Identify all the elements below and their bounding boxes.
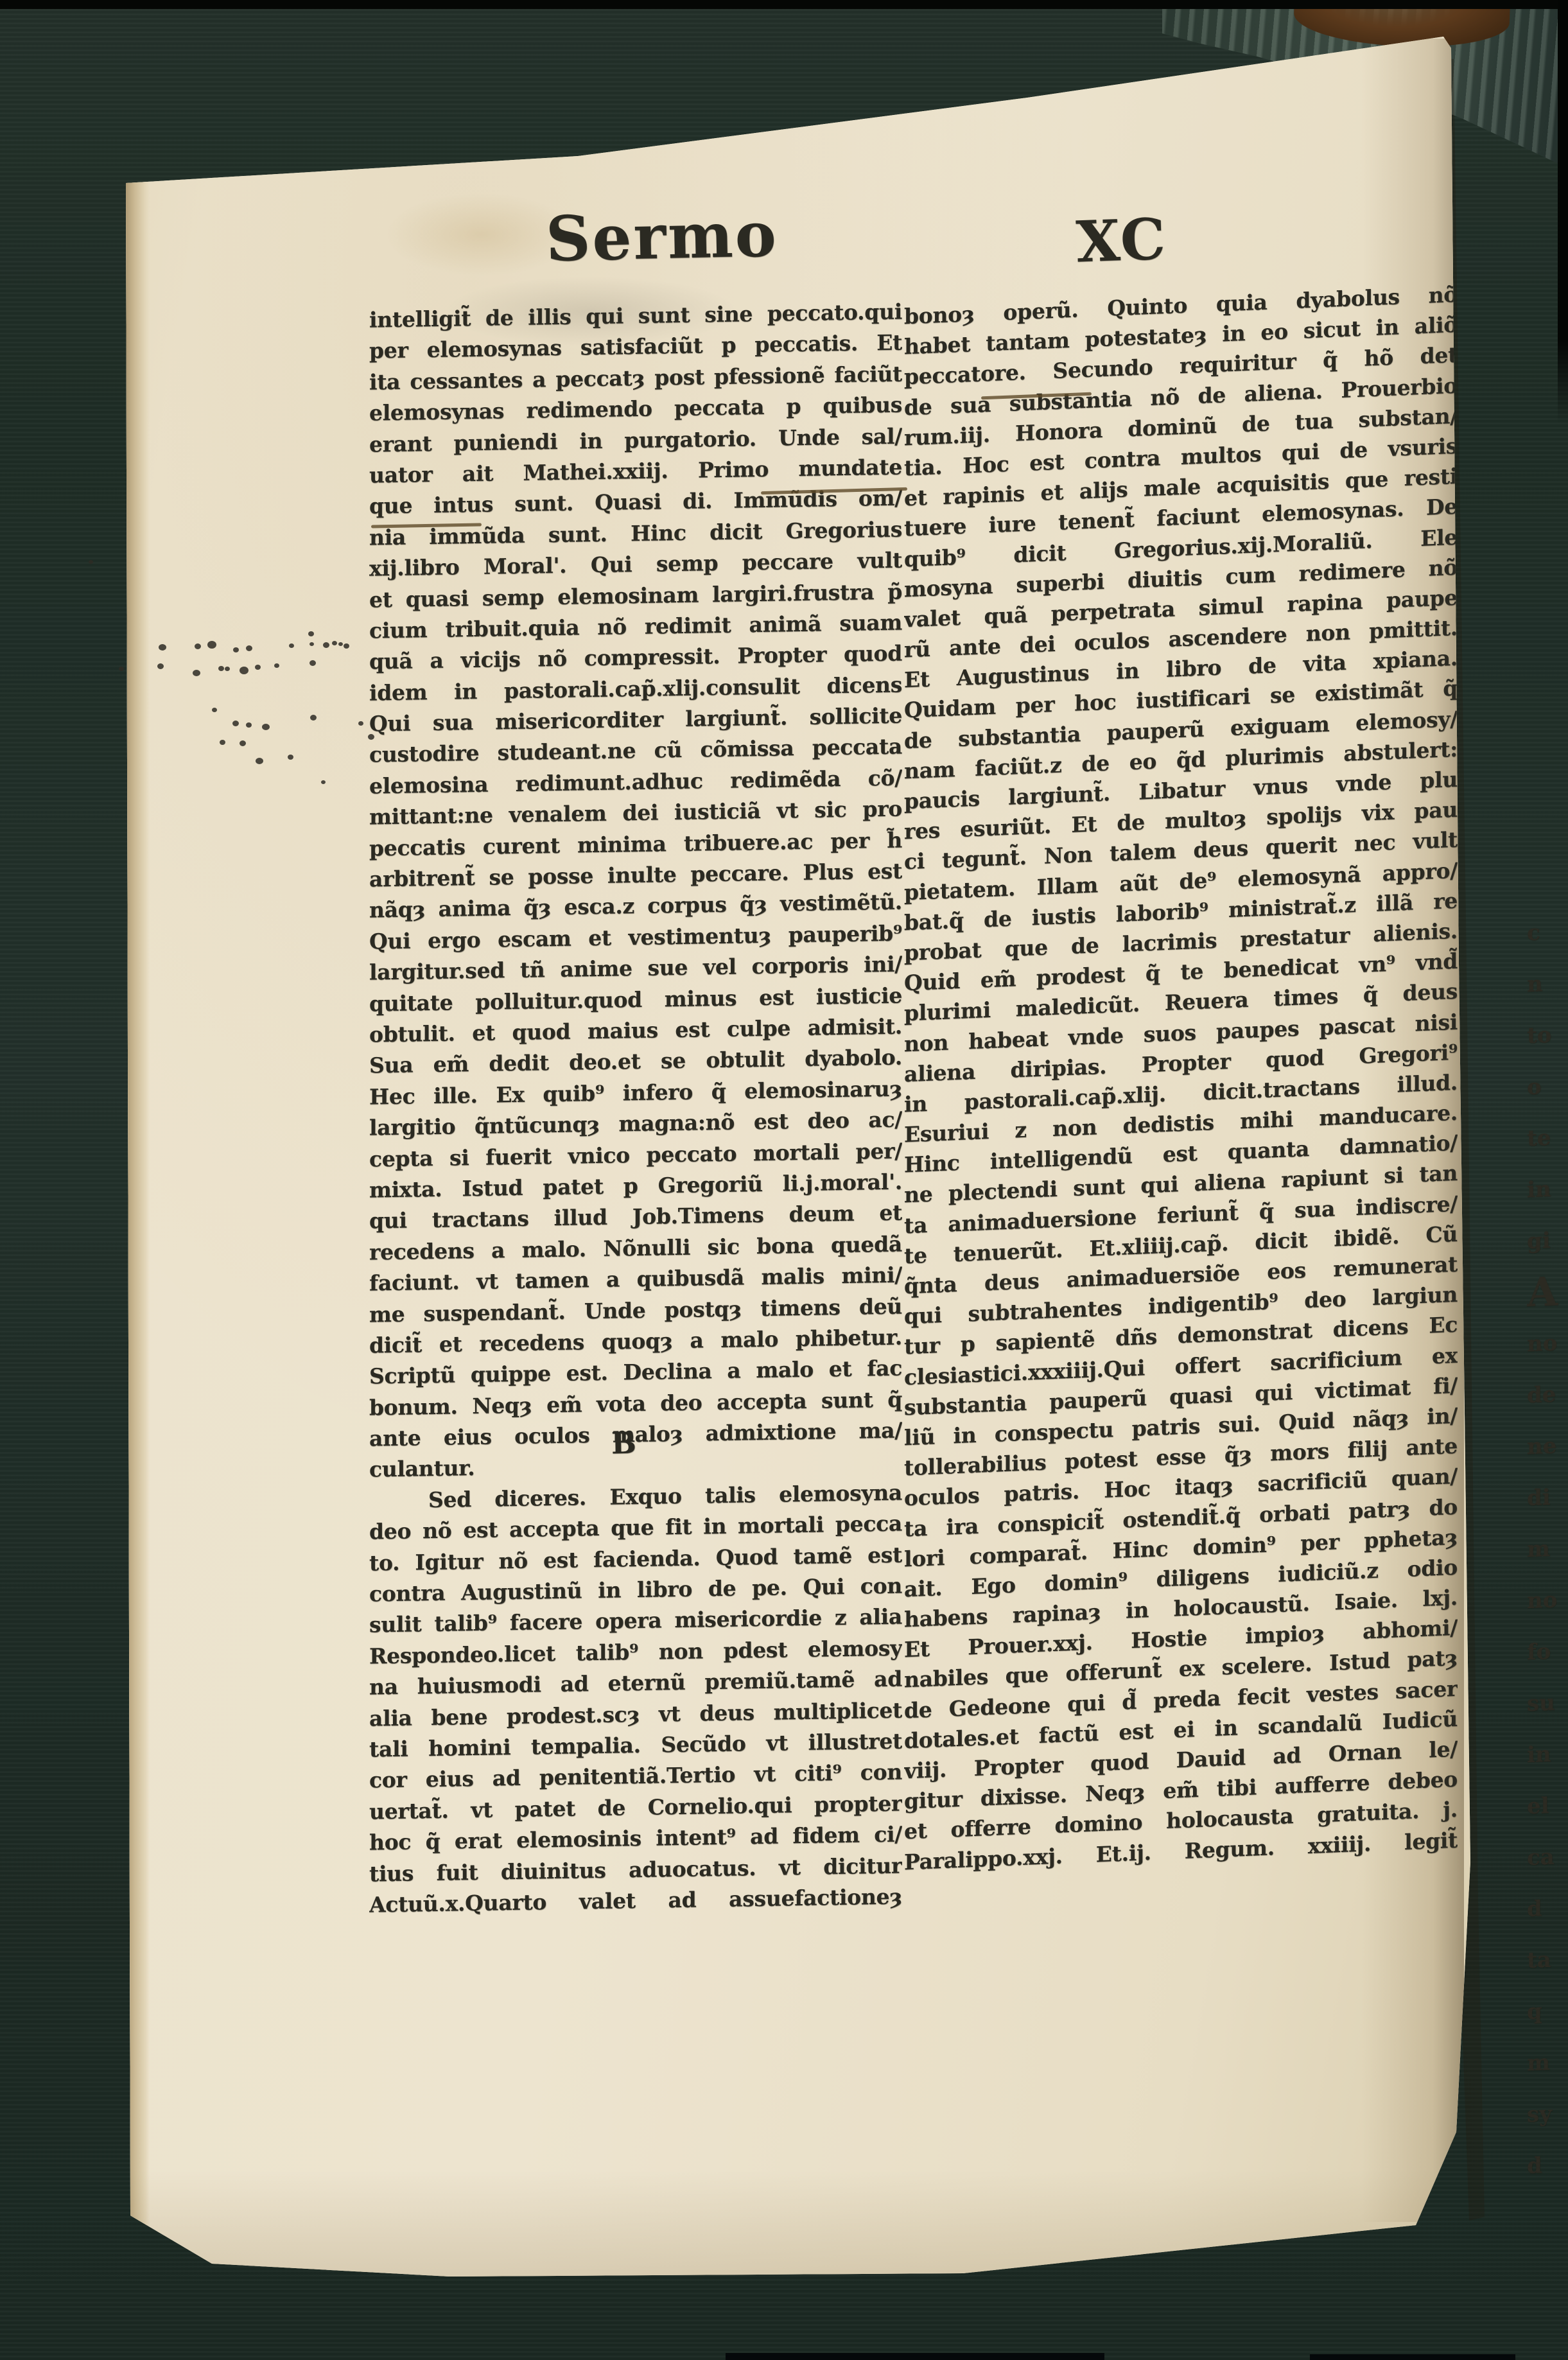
scan-top-black-strip xyxy=(0,0,1568,9)
ink-speck xyxy=(256,758,263,764)
scan-bottom-black-strip xyxy=(726,2353,1104,2360)
ink-speck xyxy=(255,665,261,670)
ink-speck xyxy=(308,631,314,636)
ink-speck xyxy=(207,641,216,649)
ink-speck xyxy=(193,670,200,676)
ink-speck xyxy=(233,647,239,652)
ink-speck xyxy=(225,667,230,671)
ink-speck xyxy=(195,643,201,649)
scan-right-black-strip xyxy=(1558,0,1568,424)
ink-speck xyxy=(159,644,166,651)
ink-speck xyxy=(289,643,294,648)
ink-speck xyxy=(358,721,363,726)
ink-speck xyxy=(218,666,224,671)
ink-speck xyxy=(323,642,329,648)
ink-speck xyxy=(321,780,326,784)
ink-speck xyxy=(240,740,246,746)
ink-speck xyxy=(274,663,279,668)
ink-speck xyxy=(288,755,293,760)
ink-speck xyxy=(262,724,270,730)
ink-speck xyxy=(89,560,93,564)
ink-speck xyxy=(220,740,225,745)
scan-bottom-black-strip xyxy=(1310,2354,1515,2360)
ink-speck xyxy=(368,734,374,740)
ink-speck xyxy=(309,642,314,646)
ink-speck xyxy=(119,667,124,671)
ink-specks xyxy=(0,0,1568,2360)
ink-speck xyxy=(246,645,252,651)
ink-speck xyxy=(240,667,248,674)
ink-speck xyxy=(332,641,337,645)
ink-speck xyxy=(246,722,252,728)
ink-speck xyxy=(157,663,164,669)
ink-speck xyxy=(309,660,316,666)
ink-speck xyxy=(338,642,343,646)
ink-speck xyxy=(212,708,217,712)
scanned-incunabulum-photo: cntooteingiAnodenedimnofosuinelcadtaqmsy… xyxy=(0,0,1568,2360)
ink-speck xyxy=(344,643,349,649)
ink-speck xyxy=(310,715,317,721)
ink-speck xyxy=(232,721,239,726)
